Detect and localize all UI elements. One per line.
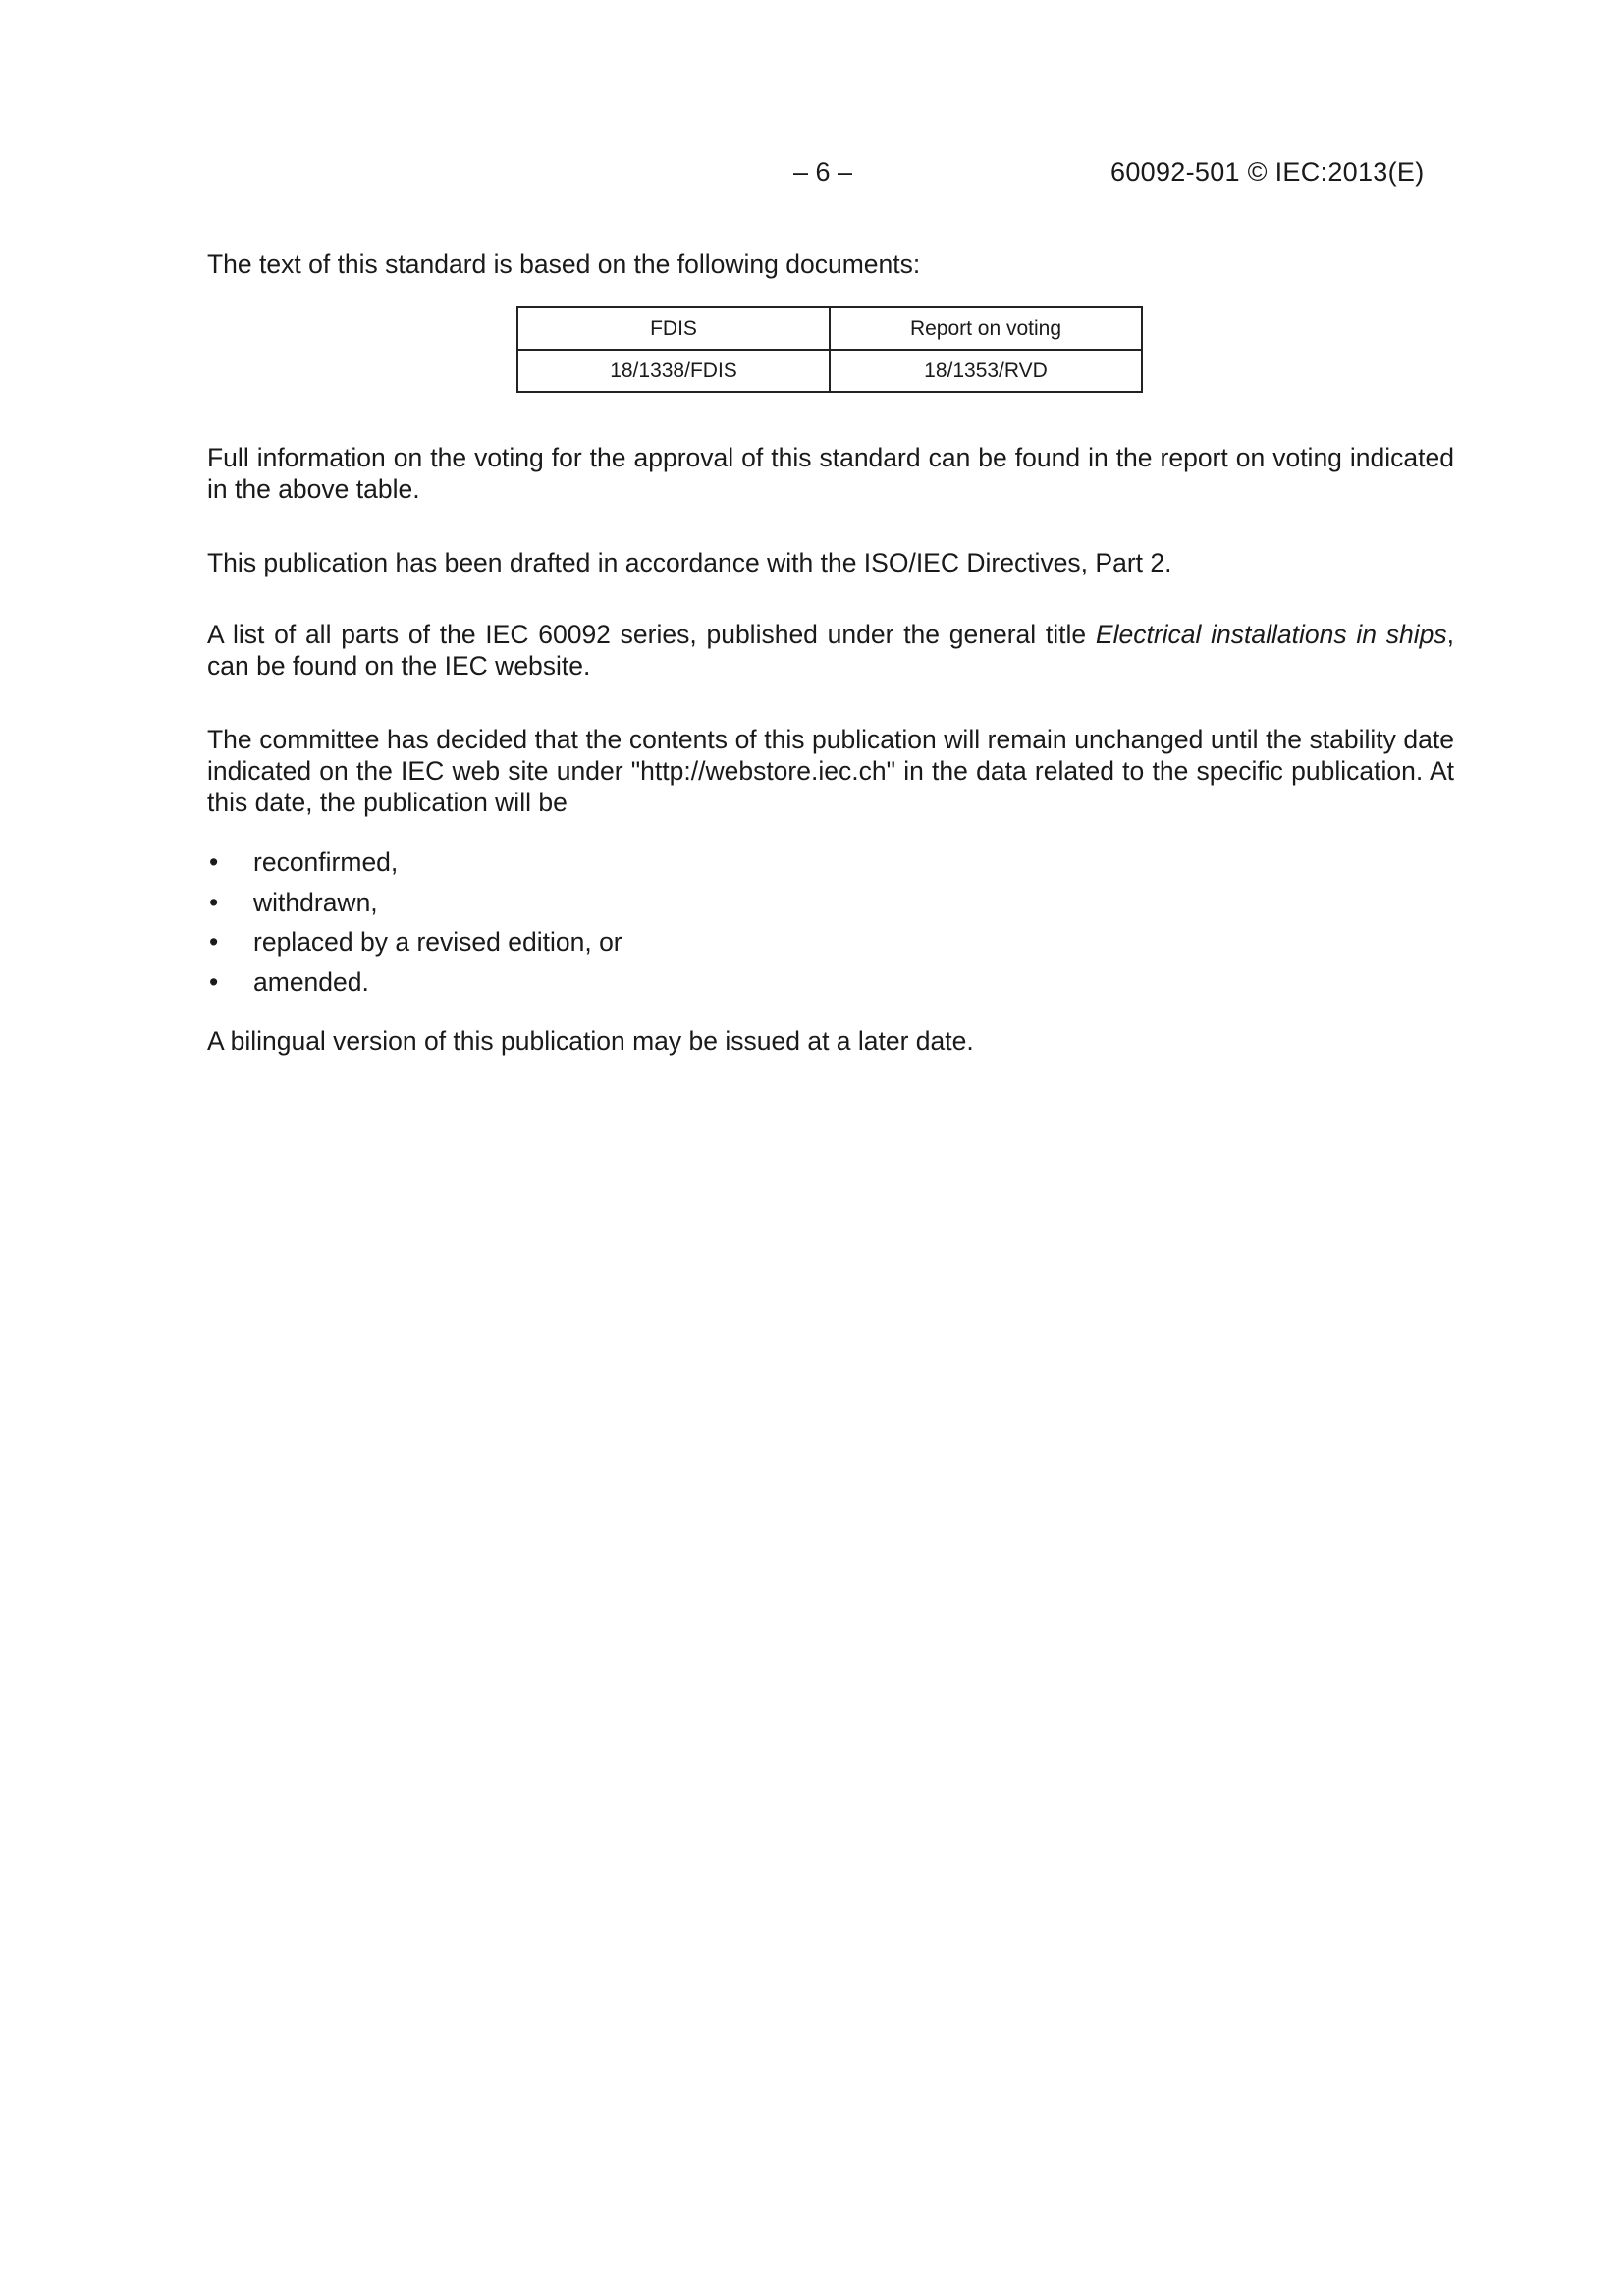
table-header-cell: FDIS <box>517 307 830 350</box>
documents-table: FDIS Report on voting 18/1338/FDIS 18/13… <box>516 306 1143 393</box>
committee-paragraph: The committee has decided that the conte… <box>207 724 1454 818</box>
table-cell: 18/1338/FDIS <box>517 350 830 392</box>
outcome-list: •reconfirmed, •withdrawn, •replaced by a… <box>207 847 622 1006</box>
page-number: – 6 – <box>793 157 852 188</box>
bullet-icon: • <box>209 887 218 918</box>
table-row: 18/1338/FDIS 18/1353/RVD <box>517 350 1142 392</box>
document-reference: 60092-501 © IEC:2013(E) <box>1110 157 1424 188</box>
table-header-cell: Report on voting <box>830 307 1142 350</box>
voting-info-paragraph: Full information on the voting for the a… <box>207 442 1454 505</box>
bullet-icon: • <box>209 847 218 878</box>
list-item: •replaced by a revised edition, or <box>207 926 622 966</box>
bilingual-paragraph: A bilingual version of this publication … <box>207 1025 1454 1057</box>
list-item: •amended. <box>207 966 622 1007</box>
table-header-row: FDIS Report on voting <box>517 307 1142 350</box>
series-list-paragraph: A list of all parts of the IEC 60092 ser… <box>207 619 1454 682</box>
series-title: Electrical installations in ships <box>1096 620 1447 649</box>
list-item: •withdrawn, <box>207 887 622 927</box>
series-list-prefix: A list of all parts of the IEC 60092 ser… <box>207 620 1096 649</box>
table-cell: 18/1353/RVD <box>830 350 1142 392</box>
bullet-icon: • <box>209 926 218 957</box>
list-item: •reconfirmed, <box>207 847 622 887</box>
directives-paragraph: This publication has been drafted in acc… <box>207 547 1454 578</box>
intro-text: The text of this standard is based on th… <box>207 248 1454 280</box>
bullet-icon: • <box>209 966 218 998</box>
